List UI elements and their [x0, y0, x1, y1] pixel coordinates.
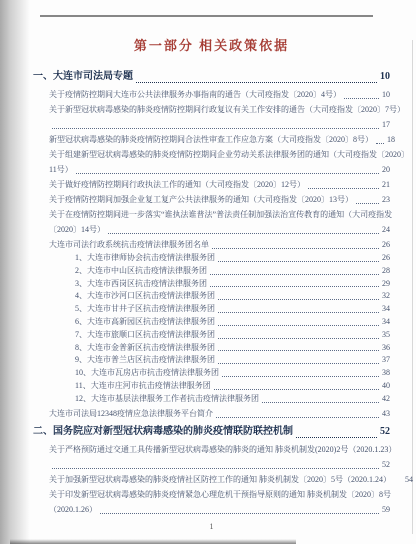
toc-row: 〔2020〕14号） 24 [33, 222, 390, 237]
page-title: 第一部分 相关政策依据 [33, 36, 390, 56]
toc-row-text: 2、大连市中山区抗击疫情法律服务团 [75, 265, 207, 278]
toc-row-text: 关于组建新型冠状病毒感染的肺炎疫情防控期间企业劳动关系法律服务团的通知（大司疫指… [49, 147, 409, 162]
toc-row-text: 关于做好疫情防控期间行政执法工作的通知（大司疫指发〔2020〕12号） [49, 177, 305, 192]
toc-row-text: 11号） [49, 162, 73, 177]
toc-rows: 一、大连市司法局专题 10 关于疫情防控期间大连市公共法律服务办事指南的通告（大… [33, 66, 390, 517]
toc-row: 关于新型冠状病毒感染的肺炎疫情防控期间行政复议有关工作安排的通告（大司疫指发〔2… [33, 102, 390, 117]
toc-row-page: 20 [381, 162, 390, 177]
toc-row-text: 关于疫情防控期间加强企业复工复产公共法律服务的通知（大司疫指发〔2020〕13号… [49, 192, 353, 207]
dot-leader [210, 286, 379, 287]
toc-row-text: 关于疫情防控期间大连市公共法律服务办事指南的通告（大司疫指发〔2020〕4号） [49, 87, 341, 102]
toc-row-page: 17 [381, 117, 390, 132]
toc-row-text: 4、大连市沙河口区抗击疫情法律服务团 [75, 290, 215, 303]
dot-leader [212, 248, 379, 249]
toc-row-page: 43 [381, 406, 390, 421]
toc-row: 关于做好疫情防控期间行政执法工作的通知（大司疫指发〔2020〕12号） 21 [33, 177, 390, 192]
toc-row-text: 关于加强新型冠状病毒感染的肺炎疫情社区防控工作的通知 肺炎机制发〔2020〕5号… [49, 472, 391, 487]
toc-row-text: 关于印发新型冠状病毒感染的肺炎疫情紧急心理危机干预指导原则的通知 肺炎机制发〔2… [49, 487, 391, 502]
toc-row: 11、大连市庄河市抗击疫情法律服务团 40 [33, 380, 390, 393]
dot-leader [210, 274, 379, 275]
toc-row: 52 [33, 457, 390, 472]
dot-leader [262, 402, 379, 403]
scanned-document-page: { "page": { "title": "第一部分 相关政策依据", "foo… [0, 0, 416, 544]
toc-row: 关于加强新型冠状病毒感染的肺炎疫情社区防控工作的通知 肺炎机制发〔2020〕5号… [33, 472, 390, 487]
toc-row-page: 18 [386, 132, 395, 147]
toc-row: 关于印发新型冠状病毒感染的肺炎疫情紧急心理危机干预指导原则的通知 肺炎机制发〔2… [33, 487, 390, 502]
page-edge-shadow [0, 0, 30, 544]
toc-row-page: 24 [381, 222, 390, 237]
page-edge-line [40, 15, 373, 17]
toc-row-text: 关于严格预防通过交通工具传播新型冠状病毒感染的肺炎的通知 肺炎机制发(2020)… [49, 442, 396, 457]
toc-row-text: 3、大连市西岗区抗击疫情法律服务团 [75, 278, 207, 291]
toc-row-page: 38 [381, 367, 390, 380]
toc-row: 9、大连市普兰店区抗击疫情法律服务团 37 [33, 354, 390, 367]
toc-row-page: 28 [381, 265, 390, 278]
toc-row-text: 新型冠状病毒感染的肺炎疫情防控期间合法性审查工作应急方案（大司疫指发〔2020〕… [49, 132, 373, 147]
toc-row-page: 40 [381, 380, 390, 393]
toc-row: 12、大连市基层法律服务工作者抗击疫情法律服务团 42 [33, 393, 390, 406]
toc-row-page: 34 [381, 303, 390, 316]
dot-leader [52, 128, 379, 129]
toc-row-text: 关于新型冠状病毒感染的肺炎疫情防控期间行政复议有关工作安排的通告（大司疫指发〔2… [49, 102, 405, 117]
dot-leader [136, 82, 377, 83]
toc-row: 二、国务院应对新型冠状病毒感染的肺炎疫情联防联控机制 52 [33, 421, 390, 442]
toc-row: 1、大连市律师协会抗击疫情法律服务团 26 [33, 252, 390, 265]
toc-row-text: 大连市司法局12348疫情应急法律服务平台简介 [49, 406, 213, 421]
toc-row-text: 二、国务院应对新型冠状病毒感染的肺炎疫情联防联控机制 [33, 421, 293, 442]
toc-row: （2020.1.26） 59 [33, 502, 390, 517]
toc-row: 关于疫情防控期间大连市公共法律服务办事指南的通告（大司疫指发〔2020〕4号） … [33, 87, 390, 102]
dot-leader [76, 173, 379, 174]
toc-row-page: 29 [381, 278, 390, 291]
page-bottom-shadow [10, 539, 296, 544]
toc-row: 一、大连市司法局专题 10 [33, 66, 390, 87]
toc-row-text: 10、大连市瓦房店市抗击疫情法律服务团 [75, 367, 219, 380]
toc-row-page: 32 [381, 290, 390, 303]
toc-row: 7、大连市旅顺口区抗击疫情法律服务团 35 [33, 329, 390, 342]
toc-row: 新型冠状病毒感染的肺炎疫情防控期间合法性审查工作应急方案（大司疫指发〔2020〕… [33, 132, 390, 147]
dot-leader [52, 468, 379, 469]
dot-leader [214, 389, 379, 390]
toc-row: 4、大连市沙河口区抗击疫情法律服务团 32 [33, 290, 390, 303]
dot-leader [218, 350, 379, 351]
toc-row-page: 36 [381, 342, 390, 355]
toc-row: 6、大连市高新园区抗击疫情法律服务团 34 [33, 316, 390, 329]
toc-row: 大连市司法行政系统抗击疫情法律服务团名单 26 [33, 237, 390, 252]
dot-leader [100, 513, 379, 514]
toc-row-page: 10 [381, 87, 390, 102]
dot-leader [308, 188, 379, 189]
toc-row-text: 7、大连市旅顺口区抗击疫情法律服务团 [75, 329, 215, 342]
toc-row: 关于疫情防控期间加强企业复工复产公共法律服务的通知（大司疫指发〔2020〕13号… [33, 192, 390, 207]
toc-row: 10、大连市瓦房店市抗击疫情法律服务团 38 [33, 367, 390, 380]
dot-leader [216, 417, 379, 418]
toc-row-page: 35 [381, 329, 390, 342]
toc-row-page: 34 [381, 316, 390, 329]
dot-leader [218, 261, 379, 262]
dot-leader [344, 98, 379, 99]
document-content: 第一部分 相关政策依据 一、大连市司法局专题 10 关于疫情防控期间大连市公共法… [33, 36, 390, 533]
dot-leader [218, 325, 379, 326]
dot-leader [222, 376, 379, 377]
toc-row-text: 9、大连市普兰店区抗击疫情法律服务团 [75, 354, 215, 367]
toc-row-text: 5、大连市甘井子区抗击疫情法律服务团 [75, 303, 215, 316]
toc-row-page: 10 [379, 66, 390, 87]
toc-row: 3、大连市西岗区抗击疫情法律服务团 29 [33, 278, 390, 291]
toc-row-text: 11、大连市庄河市抗击疫情法律服务团 [75, 380, 211, 393]
toc-row: 大连市司法局12348疫情应急法律服务平台简介 43 [33, 406, 390, 421]
toc-row-text: 6、大连市高新园区抗击疫情法律服务团 [75, 316, 215, 329]
toc-row: 关于在疫情防控期间进一步落实“谁执法谁普法”普法责任制加强法治宣传教育的通知（大… [33, 207, 390, 222]
toc-row-page: 26 [381, 237, 390, 252]
toc-row-page: 59 [381, 502, 390, 517]
toc-row: 17 [33, 117, 390, 132]
toc-row-page: 26 [381, 252, 390, 265]
dot-leader [218, 299, 379, 300]
toc-row: 8、大连市金普新区抗击疫情法律服务团 36 [33, 342, 390, 355]
toc-row-text: 12、大连市基层法律服务工作者抗击疫情法律服务团 [75, 393, 259, 406]
page-right-edge-line [412, 40, 413, 534]
toc-row-page: 52 [381, 457, 390, 472]
toc-row-page: 37 [381, 354, 390, 367]
toc-row-page: 54 [404, 472, 413, 487]
toc-row: 关于组建新型冠状病毒感染的肺炎疫情防控期间企业劳动关系法律服务团的通知（大司疫指… [33, 147, 390, 162]
toc-row: 5、大连市甘井子区抗击疫情法律服务团 34 [33, 303, 390, 316]
toc-row-text: 1、大连市律师协会抗击疫情法律服务团 [75, 252, 215, 265]
dot-leader [218, 363, 379, 364]
toc-row-text: 大连市司法行政系统抗击疫情法律服务团名单 [49, 237, 209, 252]
toc-row-text: 8、大连市金普新区抗击疫情法律服务团 [75, 342, 215, 355]
toc-row-text: 一、大连市司法局专题 [33, 66, 133, 87]
dot-leader [376, 143, 384, 144]
toc-row-text: 关于在疫情防控期间进一步落实“谁执法谁普法”普法责任制加强法治宣传教育的通知（大… [49, 207, 392, 222]
dot-leader [296, 437, 377, 438]
toc-row-text: （2020.1.26） [49, 502, 97, 517]
toc-row: 关于严格预防通过交通工具传播新型冠状病毒感染的肺炎的通知 肺炎机制发(2020)… [33, 442, 390, 457]
toc-row-page: 21 [381, 177, 390, 192]
toc-row-page: 42 [381, 393, 390, 406]
toc-row-text: 〔2020〕14号） [49, 222, 105, 237]
dot-leader [218, 312, 379, 313]
toc-row-page: 52 [379, 421, 390, 442]
toc-row: 11号） 20 [33, 162, 390, 177]
footer-page-number: 1 [33, 521, 390, 533]
dot-leader [356, 203, 379, 204]
toc-row-page: 23 [381, 192, 390, 207]
dot-leader [218, 338, 379, 339]
dot-leader [108, 233, 379, 234]
toc-row: 2、大连市中山区抗击疫情法律服务团 28 [33, 265, 390, 278]
